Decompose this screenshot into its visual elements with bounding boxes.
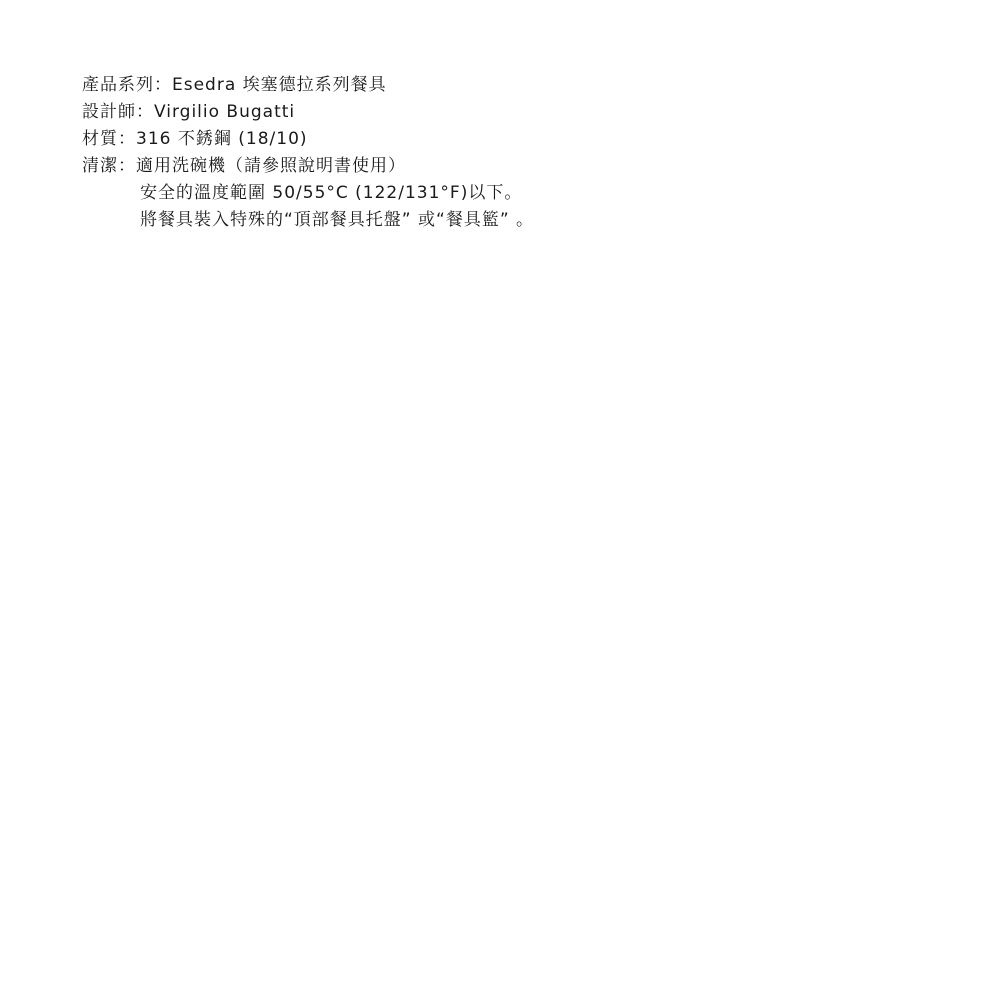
spec-label-designer: 設計師 — [82, 99, 136, 126]
cleaning-note-temperature: 安全的溫度範圍 50/55°C (122/131°F)以下。 — [82, 180, 534, 207]
spec-value-designer: Virgilio Bugatti — [154, 99, 295, 126]
spec-separator: ： — [118, 153, 136, 180]
product-spec-list: 產品系列 ： Esedra 埃塞德拉系列餐具 設計師 ： Virgilio Bu… — [82, 72, 534, 234]
spec-separator: ： — [136, 99, 154, 126]
spec-row-designer: 設計師 ： Virgilio Bugatti — [82, 99, 534, 126]
spec-separator: ： — [154, 72, 172, 99]
spec-value-cleaning: 適用洗碗機（請參照說明書使用） — [136, 153, 406, 180]
spec-label-series: 產品系列 — [82, 72, 154, 99]
spec-row-series: 產品系列 ： Esedra 埃塞德拉系列餐具 — [82, 72, 534, 99]
spec-label-cleaning: 清潔 — [82, 153, 118, 180]
spec-label-material: 材質 — [82, 126, 118, 153]
spec-separator: ： — [118, 126, 136, 153]
spec-row-cleaning: 清潔 ： 適用洗碗機（請參照說明書使用） — [82, 153, 534, 180]
spec-value-series: Esedra 埃塞德拉系列餐具 — [172, 72, 387, 99]
spec-value-material: 316 不銹鋼 (18/10) — [136, 126, 308, 153]
cleaning-note-placement: 將餐具裝入特殊的“頂部餐具托盤” 或“餐具籃” 。 — [82, 207, 534, 234]
spec-row-material: 材質 ： 316 不銹鋼 (18/10) — [82, 126, 534, 153]
